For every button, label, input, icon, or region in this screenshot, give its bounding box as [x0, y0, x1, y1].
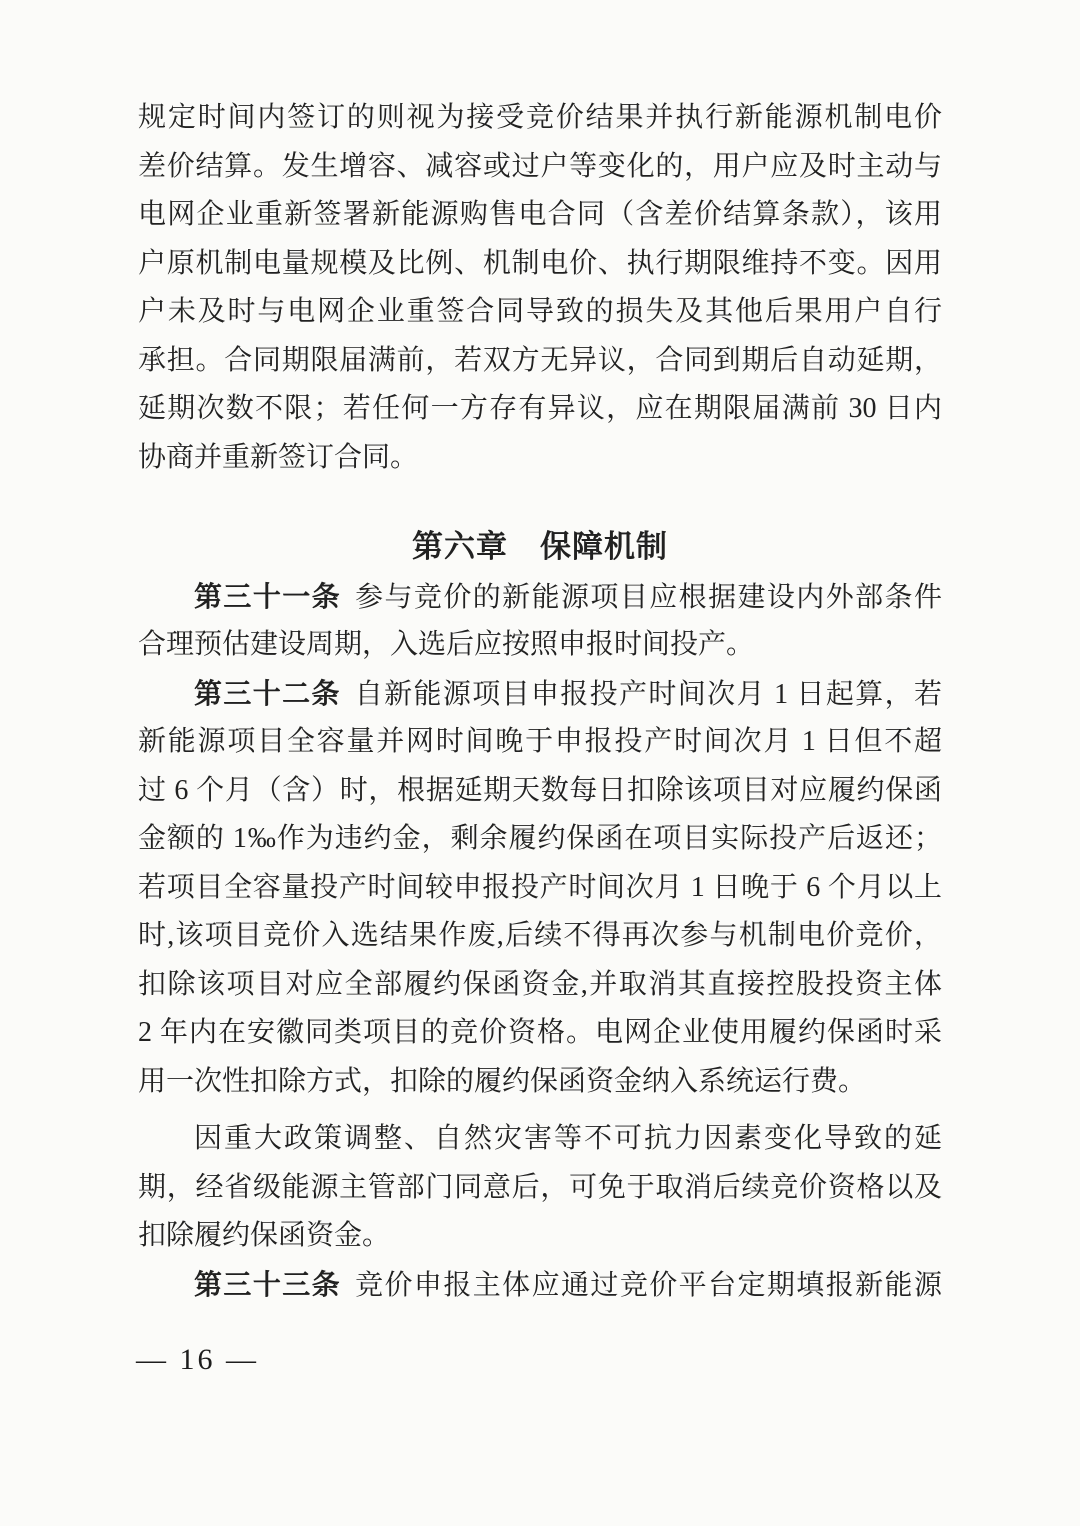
- text-line: 规定时间内签订的则视为接受竞价结果并执行新能源机制电价: [138, 94, 942, 143]
- text-line: 若项目全容量投产时间较申报投产时间次月 1 日晚于 6 个月以上: [138, 864, 942, 913]
- text-line: 户原机制电量规模及比例、机制电价、执行期限维持不变。因用: [138, 240, 942, 289]
- article-line: 第三十三条竞价申报主体应通过竞价平台定期填报新能源: [138, 1261, 942, 1310]
- text-line: 合理预估建设周期，入选后应按照申报时间投产。: [138, 621, 942, 670]
- text-line: 协商并重新签订合同。: [138, 434, 942, 483]
- text-line: 延期次数不限；若任何一方存有异议，应在期限届满前 30 日内: [138, 385, 942, 434]
- text-line: 电网企业重新签署新能源购售电合同（含差价结算条款），该用: [138, 191, 942, 240]
- page-footer: — 16 —: [136, 1338, 259, 1382]
- text-line: 新能源项目全容量并网时间晚于申报投产时间次月 1 日但不超: [138, 718, 942, 767]
- text-line: 扣除该项目对应全部履约保函资金,并取消其直接控股投资主体: [138, 961, 942, 1010]
- article-number: 第三十二条: [194, 678, 341, 709]
- article-number: 第三十一条: [194, 581, 341, 612]
- text-line: 用一次性扣除方式，扣除的履约保函资金纳入系统运行费。: [138, 1058, 942, 1107]
- text-line: 期，经省级能源主管部门同意后，可免于取消后续竞价资格以及: [138, 1164, 942, 1213]
- text-line: 过 6 个月（含）时，根据延期天数每日扣除该项目对应履约保函: [138, 767, 942, 816]
- text-line: 户未及时与电网企业重签合同导致的损失及其他后果用户自行: [138, 288, 942, 337]
- article-text: 竞价申报主体应通过竞价平台定期填报新能源: [355, 1270, 942, 1301]
- text-line: 因重大政策调整、自然灾害等不可抗力因素变化导致的延: [138, 1115, 942, 1164]
- text-line: 差价结算。发生增容、减容或过户等变化的，用户应及时主动与: [138, 143, 942, 192]
- document-page: 规定时间内签订的则视为接受竞价结果并执行新能源机制电价差价结算。发生增容、减容或…: [0, 0, 1080, 1526]
- page-number: — 16 —: [136, 1343, 259, 1376]
- article-number: 第三十三条: [194, 1269, 341, 1300]
- article-line: 第三十二条自新能源项目申报投产时间次月 1 日起算，若: [138, 670, 942, 719]
- chapter-heading: 第六章 保障机制: [138, 523, 942, 572]
- text-line: 时,该项目竞价入选结果作废,后续不得再次参与机制电价竞价，: [138, 912, 942, 961]
- text-line: 金额的 1‰作为违约金，剩余履约保函在项目实际投产后返还；: [138, 815, 942, 864]
- text-line: 扣除履约保函资金。: [138, 1212, 942, 1261]
- article-line: 第三十一条参与竞价的新能源项目应根据建设内外部条件: [138, 573, 942, 622]
- article-text: 自新能源项目申报投产时间次月 1 日起算，若: [355, 679, 942, 710]
- document-body: 规定时间内签订的则视为接受竞价结果并执行新能源机制电价差价结算。发生增容、减容或…: [138, 94, 942, 1309]
- text-line: 2 年内在安徽同类项目的竞价资格。电网企业使用履约保函时采: [138, 1009, 942, 1058]
- text-line: 承担。合同期限届满前，若双方无异议，合同到期后自动延期，: [138, 337, 942, 386]
- article-text: 参与竞价的新能源项目应根据建设内外部条件: [355, 582, 942, 613]
